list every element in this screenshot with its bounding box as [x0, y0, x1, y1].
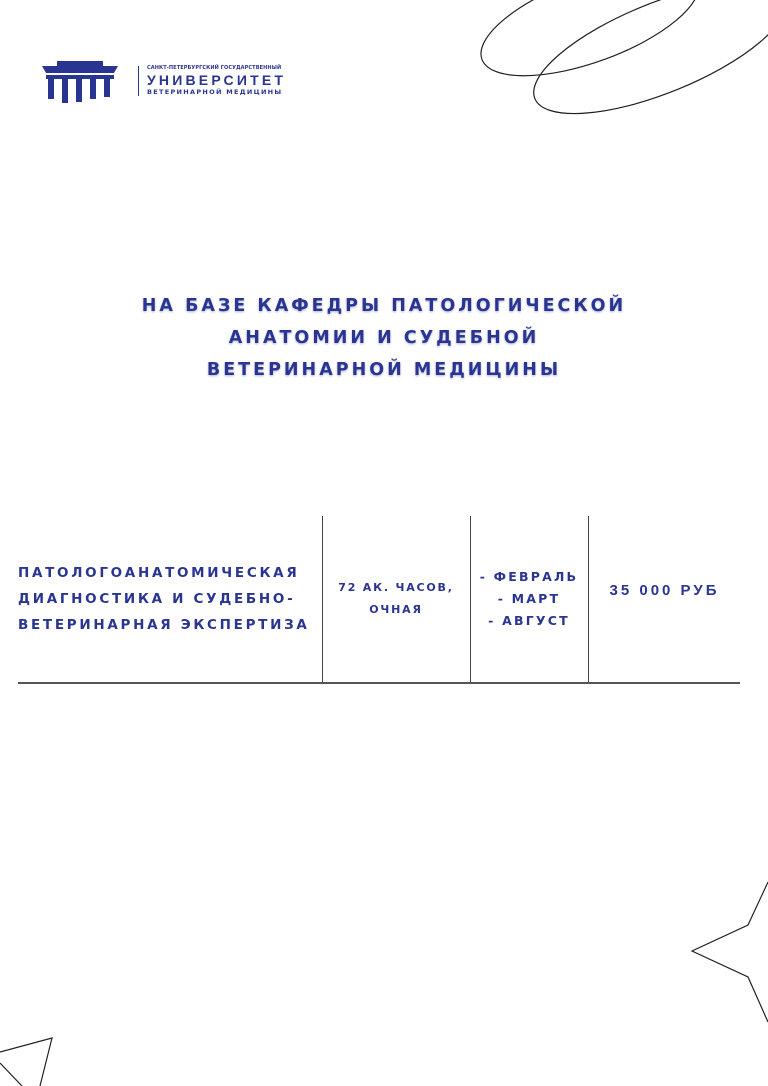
- heading-line: ВЕТЕРИНАРНОЙ МЕДИЦИНЫ: [0, 354, 768, 386]
- ellipse-outline-icon: [468, 0, 713, 99]
- course-name-cell: ПАТОЛОГОАНАТОМИЧЕСКАЯ ДИАГНОСТИКА И СУДЕ…: [18, 516, 322, 682]
- star-outline-icon: [692, 882, 768, 1022]
- logo-line-1: САНКТ-ПЕТЕРБУРГСКИЙ ГОСУДАРСТВЕННЫЙ: [147, 66, 286, 71]
- university-columns-icon: [40, 58, 120, 104]
- course-hours-line: 72 АК. ЧАСОВ,: [338, 577, 453, 599]
- course-format-line: ОЧНАЯ: [369, 599, 422, 621]
- logo-line-2: УНИВЕРСИТЕТ: [147, 73, 286, 87]
- heading-line: АНАТОМИИ И СУДЕБНОЙ: [0, 322, 768, 354]
- page-heading: НА БАЗЕ КАФЕДРЫ ПАТОЛОГИЧЕСКОЙ АНАТОМИИ …: [0, 290, 768, 386]
- logo-text: САНКТ-ПЕТЕРБУРГСКИЙ ГОСУДАРСТВЕННЫЙ УНИВ…: [147, 66, 286, 96]
- course-date: - МАРТ: [498, 588, 561, 610]
- course-table: ПАТОЛОГОАНАТОМИЧЕСКАЯ ДИАГНОСТИКА И СУДЕ…: [18, 516, 740, 684]
- course-date: - АВГУСТ: [488, 610, 570, 632]
- course-dates-cell: - ФЕВРАЛЬ - МАРТ - АВГУСТ: [471, 516, 587, 682]
- heading-line: НА БАЗЕ КАФЕДРЫ ПАТОЛОГИЧЕСКОЙ: [0, 290, 768, 322]
- course-name-line: ПАТОЛОГОАНАТОМИЧЕСКАЯ: [18, 560, 299, 586]
- course-price: 35 000 РУБ: [610, 582, 720, 599]
- course-name-line: ДИАГНОСТИКА И СУДЕБНО-: [18, 586, 295, 612]
- university-logo: САНКТ-ПЕТЕРБУРГСКИЙ ГОСУДАРСТВЕННЫЙ УНИВ…: [40, 58, 286, 104]
- row-bottom-border: [18, 682, 740, 684]
- course-name-line: ВЕТЕРИНАРНАЯ ЭКСПЕРТИЗА: [18, 612, 310, 638]
- ellipse-outline-icon: [518, 0, 768, 140]
- course-hours-cell: 72 АК. ЧАСОВ, ОЧНАЯ: [323, 516, 469, 684]
- triangle-outline-icon: [0, 1038, 52, 1086]
- logo-divider: [138, 66, 139, 96]
- course-date: - ФЕВРАЛЬ: [480, 566, 579, 588]
- logo-line-3: ВЕТЕРИНАРНОЙ МЕДИЦИНЫ: [147, 89, 286, 96]
- course-price-cell: 35 000 РУБ: [589, 516, 740, 682]
